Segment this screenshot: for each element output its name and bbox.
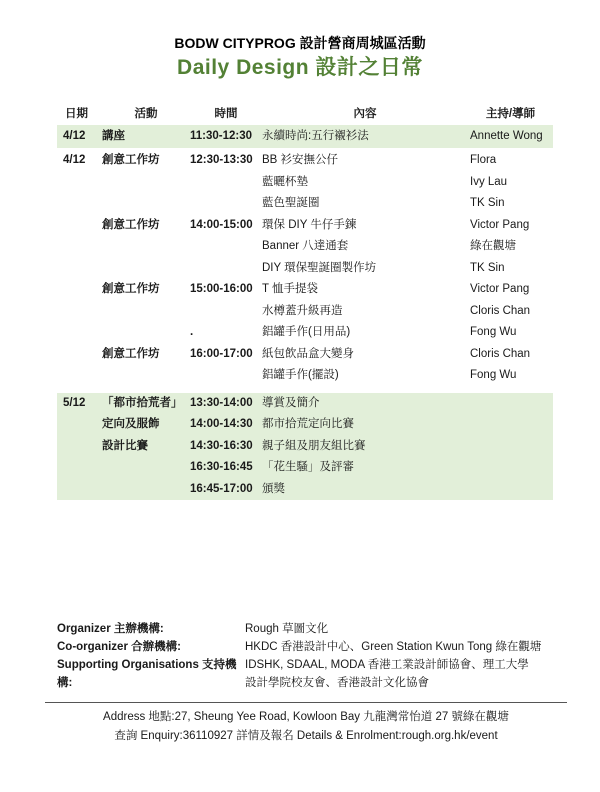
table-row: 鋁罐手作(擺設) Fong Wu <box>57 365 553 387</box>
column-header-date: 日期 <box>57 103 102 125</box>
cell-content: 頒獎 <box>262 479 468 501</box>
cell-host: Annette Wong <box>468 125 553 148</box>
organizer-row: Organizer 主辦機構: Rough 草圖文化 <box>57 620 557 638</box>
cell-content: 藍色聖誕圈 <box>262 193 468 215</box>
cell-activity: 定向及服飾 <box>102 414 190 436</box>
table-row: . 鋁罐手作(日用品) Fong Wu <box>57 322 553 344</box>
cell-date <box>57 236 102 258</box>
organizer-value: Rough 草圖文化 <box>245 620 557 638</box>
cell-time <box>190 172 262 194</box>
cell-content: 藍曬杯墊 <box>262 172 468 194</box>
table-row: 16:30-16:45 「花生騷」及評審 <box>57 457 553 479</box>
cell-content: 鋁罐手作(擺設) <box>262 365 468 387</box>
cell-date <box>57 301 102 323</box>
cell-activity <box>102 172 190 194</box>
cell-host <box>468 414 553 436</box>
cell-content: T 恤手提袋 <box>262 279 468 301</box>
cell-host: Fong Wu <box>468 365 553 387</box>
event-schedule-page: BODW CITYPROG 設計營商周城區活動 Daily Design 設計之… <box>0 0 600 792</box>
cell-date: 4/12 <box>57 150 102 172</box>
table-row: 定向及服飾 14:00-14:30 都市拾荒定向比賽 <box>57 414 553 436</box>
address-line: Address 地點:27, Sheung Yee Road, Kowloon … <box>45 708 567 727</box>
schedule-table-body: 4/12 講座 11:30-12:30 永續時尚:五行襯衫法 Annette W… <box>57 125 553 500</box>
cell-date <box>57 414 102 436</box>
cell-host: Cloris Chan <box>468 344 553 366</box>
table-row: 設計比賽 14:30-16:30 親子組及朋友組比賽 <box>57 436 553 458</box>
table-row: 藍曬杯墊 Ivy Lau <box>57 172 553 194</box>
cell-date <box>57 215 102 237</box>
cell-content: BB 衫安撫公仔 <box>262 150 468 172</box>
table-row: 4/12 創意工作坊 12:30-13:30 BB 衫安撫公仔 Flora <box>57 150 553 172</box>
cell-activity <box>102 479 190 501</box>
cell-activity <box>102 193 190 215</box>
cell-time <box>190 193 262 215</box>
cell-date <box>57 457 102 479</box>
organizer-row: Co-organizer 合辦機構: HKDC 香港設計中心、Green Sta… <box>57 638 557 656</box>
organizer-label: Organizer 主辦機構: <box>57 620 245 638</box>
cell-activity: 創意工作坊 <box>102 279 190 301</box>
cell-time <box>190 365 262 387</box>
table-row: 創意工作坊 14:00-15:00 環保 DIY 牛仔手鍊 Victor Pan… <box>57 215 553 237</box>
cell-activity <box>102 301 190 323</box>
cell-host <box>468 436 553 458</box>
cell-date <box>57 436 102 458</box>
cell-date <box>57 172 102 194</box>
table-row: 創意工作坊 15:00-16:00 T 恤手提袋 Victor Pang <box>57 279 553 301</box>
cell-content: Banner 八達通套 <box>262 236 468 258</box>
cell-activity <box>102 365 190 387</box>
organizer-label: Co-organizer 合辦機構: <box>57 638 245 656</box>
cell-host: Victor Pang <box>468 215 553 237</box>
cell-content: 紙包飲品盒大變身 <box>262 344 468 366</box>
cell-time: 14:00-14:30 <box>190 414 262 436</box>
table-row: 水樽蓋升級再造 Cloris Chan <box>57 301 553 323</box>
cell-activity: 創意工作坊 <box>102 150 190 172</box>
cell-content: DIY 環保聖誕圈製作坊 <box>262 258 468 280</box>
organizer-value: IDSHK, SDAAL, MODA 香港工業設計師協會、理工大學 設計學院校友… <box>245 656 557 692</box>
cell-time: 16:00-17:00 <box>190 344 262 366</box>
cell-content: 導賞及簡介 <box>262 393 468 415</box>
cell-content: 鋁罐手作(日用品) <box>262 322 468 344</box>
table-row: Banner 八達通套 綠在觀塘 <box>57 236 553 258</box>
event-title: Daily Design 設計之日常 <box>0 51 600 81</box>
column-header-activity: 活動 <box>102 103 190 125</box>
organizer-value: HKDC 香港設計中心、Green Station Kwun Tong 綠在觀塘 <box>245 638 557 656</box>
cell-host <box>468 457 553 479</box>
cell-host <box>468 393 553 415</box>
cell-time: 12:30-13:30 <box>190 150 262 172</box>
cell-content: 「花生騷」及評審 <box>262 457 468 479</box>
cell-host: TK Sin <box>468 258 553 280</box>
column-header-host: 主持/導師 <box>468 103 553 125</box>
cell-content: 都市拾荒定向比賽 <box>262 414 468 436</box>
cell-date <box>57 258 102 280</box>
cell-date <box>57 479 102 501</box>
cell-date <box>57 365 102 387</box>
cell-date <box>57 193 102 215</box>
enquiry-line: 查詢 Enquiry:36110927 詳情及報名 Details & Enro… <box>45 727 567 746</box>
cell-host: 綠在觀塘 <box>468 236 553 258</box>
cell-activity: 講座 <box>102 125 190 148</box>
cell-date: 4/12 <box>57 125 102 148</box>
cell-time <box>190 301 262 323</box>
cell-date <box>57 344 102 366</box>
cell-time: 13:30-14:00 <box>190 393 262 415</box>
cell-activity <box>102 322 190 344</box>
cell-time: . <box>190 322 262 344</box>
cell-content: 永續時尚:五行襯衫法 <box>262 125 468 148</box>
cell-time: 14:00-15:00 <box>190 215 262 237</box>
table-row: 4/12 講座 11:30-12:30 永續時尚:五行襯衫法 Annette W… <box>57 125 553 148</box>
cell-host <box>468 479 553 501</box>
cell-content: 水樽蓋升級再造 <box>262 301 468 323</box>
cell-host: Victor Pang <box>468 279 553 301</box>
event-subtitle: BODW CITYPROG 設計營商周城區活動 <box>0 33 600 53</box>
organizer-row: Supporting Organisations 支持機構: IDSHK, SD… <box>57 656 557 692</box>
cell-host: Cloris Chan <box>468 301 553 323</box>
cell-activity: 設計比賽 <box>102 436 190 458</box>
cell-time: 16:45-17:00 <box>190 479 262 501</box>
column-header-time: 時間 <box>190 103 262 125</box>
cell-activity <box>102 258 190 280</box>
cell-time: 11:30-12:30 <box>190 125 262 148</box>
table-row: 16:45-17:00 頒獎 <box>57 479 553 501</box>
table-row: 創意工作坊 16:00-17:00 紙包飲品盒大變身 Cloris Chan <box>57 344 553 366</box>
cell-date <box>57 322 102 344</box>
cell-host: TK Sin <box>468 193 553 215</box>
cell-date <box>57 279 102 301</box>
cell-time <box>190 236 262 258</box>
column-header-content: 內容 <box>262 103 468 125</box>
cell-host: Flora <box>468 150 553 172</box>
cell-time: 16:30-16:45 <box>190 457 262 479</box>
cell-time <box>190 258 262 280</box>
table-row: 5/12 「都市拾荒者」 13:30-14:00 導賞及簡介 <box>57 393 553 415</box>
cell-activity: 創意工作坊 <box>102 215 190 237</box>
organizer-label: Supporting Organisations 支持機構: <box>57 656 245 692</box>
table-row: DIY 環保聖誕圈製作坊 TK Sin <box>57 258 553 280</box>
cell-time: 14:30-16:30 <box>190 436 262 458</box>
table-header-row: 日期 活動 時間 內容 主持/導師 <box>57 103 553 125</box>
cell-time: 15:00-16:00 <box>190 279 262 301</box>
cell-content: 環保 DIY 牛仔手鍊 <box>262 215 468 237</box>
cell-activity: 「都市拾荒者」 <box>102 393 190 415</box>
cell-date: 5/12 <box>57 393 102 415</box>
table-row: 藍色聖誕圈 TK Sin <box>57 193 553 215</box>
contact-section: Address 地點:27, Sheung Yee Road, Kowloon … <box>45 702 567 745</box>
cell-host: Ivy Lau <box>468 172 553 194</box>
cell-host: Fong Wu <box>468 322 553 344</box>
cell-activity <box>102 457 190 479</box>
organizer-section: Organizer 主辦機構: Rough 草圖文化 Co-organizer … <box>57 620 557 692</box>
cell-content: 親子組及朋友組比賽 <box>262 436 468 458</box>
cell-activity <box>102 236 190 258</box>
cell-activity: 創意工作坊 <box>102 344 190 366</box>
